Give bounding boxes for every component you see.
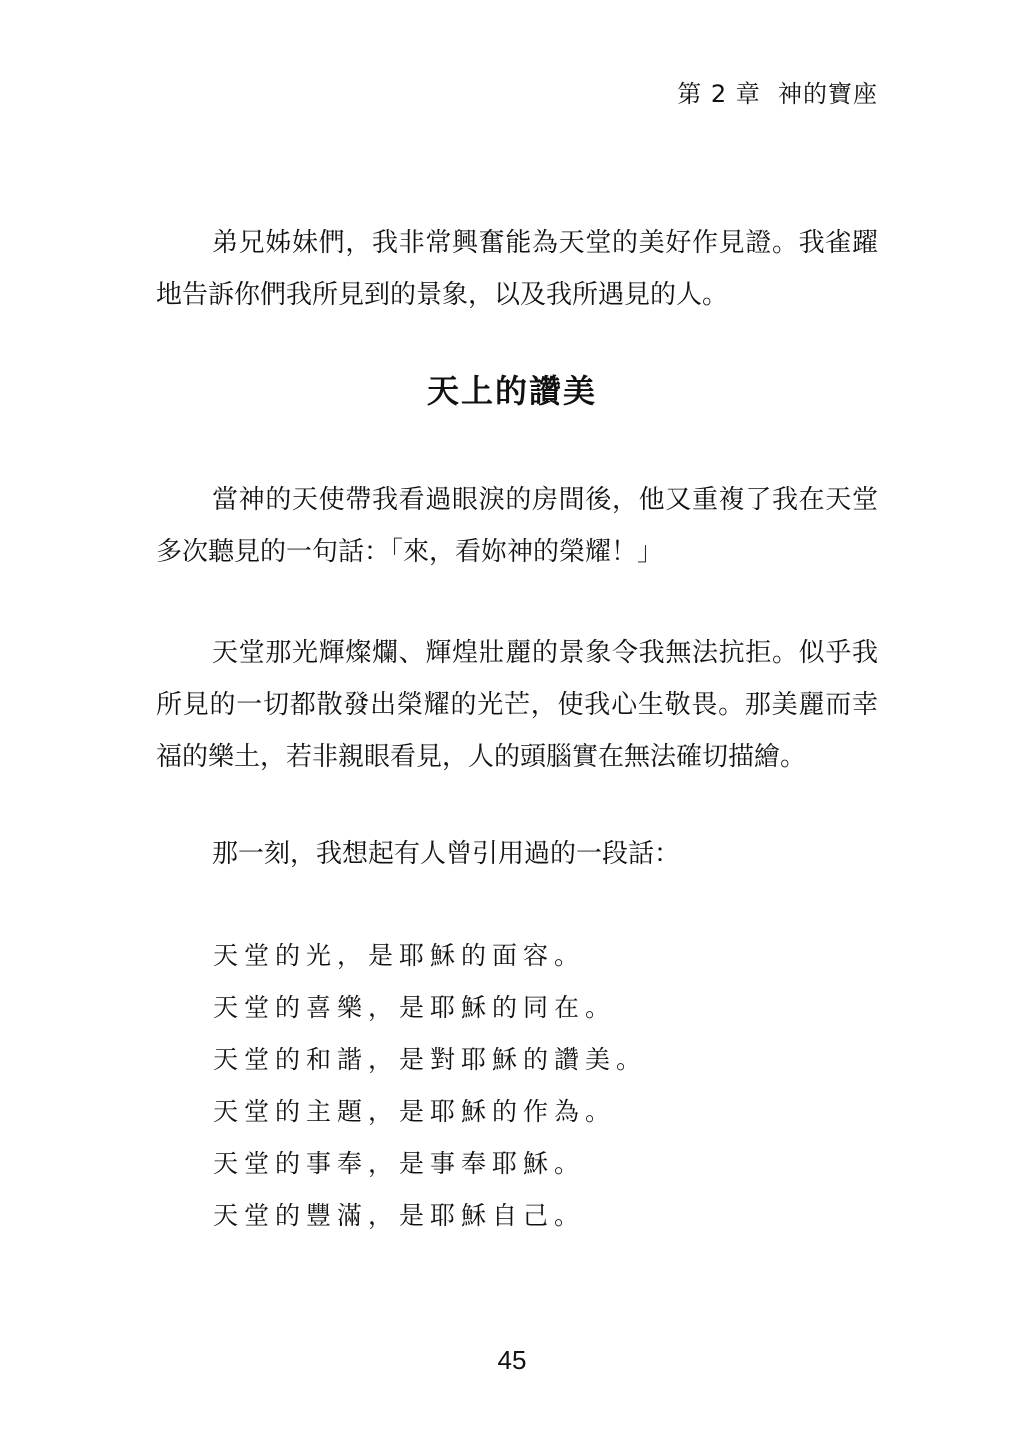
chapter-running-header: 第 2 章 神的寶座	[677, 74, 878, 109]
section-paragraph-block-3: 那一刻，我想起有人曾引用過的一段話：	[156, 828, 878, 880]
section-paragraph-block-1: 當神的天使帶我看過眼淚的房間後，他又重複了我在天堂多次聽見的一句話：「來，看妳神…	[156, 474, 878, 578]
page-number: 45	[0, 1345, 1024, 1376]
section-paragraph: 天堂那光輝燦爛、輝煌壯麗的景象令我無法抗拒。似乎我所見的一切都散發出榮耀的光芒，…	[156, 627, 878, 783]
poem-line: 天堂的喜樂，是耶穌的同在。	[213, 982, 647, 1034]
poem-line: 天堂的和諧，是對耶穌的讚美。	[213, 1034, 647, 1086]
poem-line: 天堂的事奉，是事奉耶穌。	[213, 1138, 647, 1190]
section-paragraph-block-2: 天堂那光輝燦爛、輝煌壯麗的景象令我無法抗拒。似乎我所見的一切都散發出榮耀的光芒，…	[156, 627, 878, 783]
intro-paragraph-block: 弟兄姊妹們，我非常興奮能為天堂的美好作見證。我雀躍地告訴你們我所見到的景象，以及…	[156, 217, 878, 321]
poem-line: 天堂的光，是耶穌的面容。	[213, 930, 647, 982]
intro-paragraph: 弟兄姊妹們，我非常興奮能為天堂的美好作見證。我雀躍地告訴你們我所見到的景象，以及…	[156, 217, 878, 321]
poem-line: 天堂的主題，是耶穌的作為。	[213, 1086, 647, 1138]
section-paragraph: 那一刻，我想起有人曾引用過的一段話：	[156, 828, 878, 880]
section-paragraph: 當神的天使帶我看過眼淚的房間後，他又重複了我在天堂多次聽見的一句話：「來，看妳神…	[156, 474, 878, 578]
book-page: 第 2 章 神的寶座 弟兄姊妹們，我非常興奮能為天堂的美好作見證。我雀躍地告訴你…	[0, 0, 1024, 1452]
quoted-poem: 天堂的光，是耶穌的面容。 天堂的喜樂，是耶穌的同在。 天堂的和諧，是對耶穌的讚美…	[213, 930, 647, 1242]
poem-line: 天堂的豐滿，是耶穌自己。	[213, 1190, 647, 1242]
section-heading: 天上的讚美	[0, 366, 1024, 412]
